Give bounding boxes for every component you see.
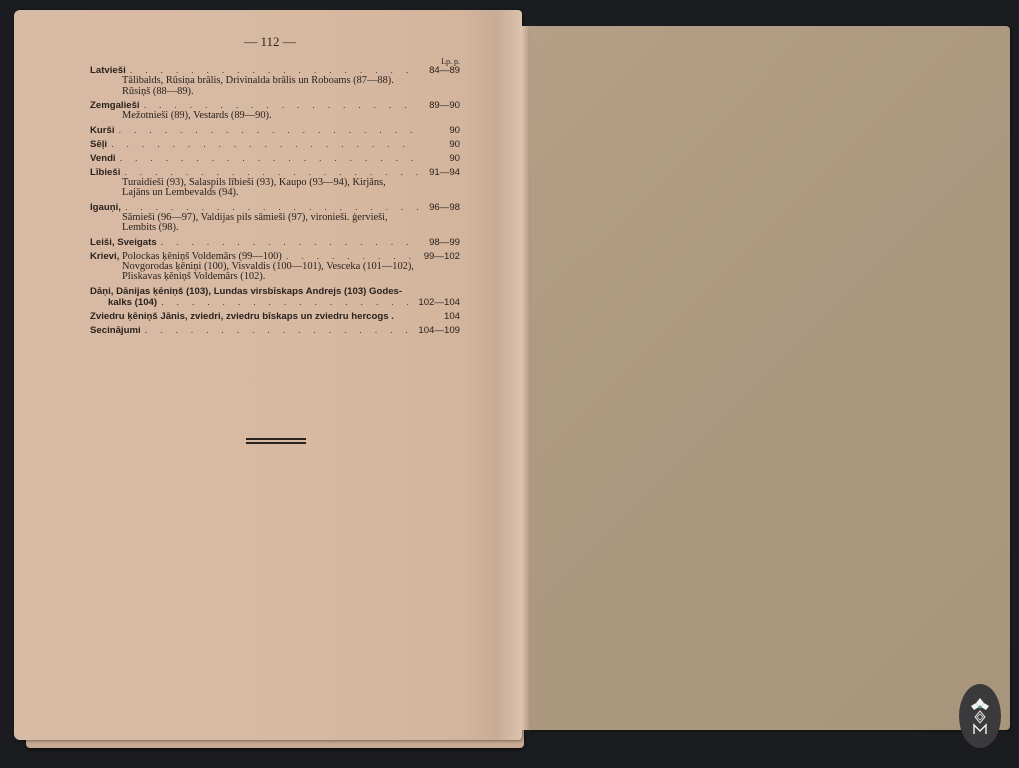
toc-entry: Lībieši91—94 Turaidieši (93), Salaspils …: [90, 167, 460, 199]
toc-pages: 104—109: [418, 325, 460, 336]
toc-pages: 90: [422, 125, 460, 136]
page-number: — 112 —: [0, 34, 540, 50]
toc-pages: 90: [422, 139, 460, 150]
watermark-badge: [959, 684, 1001, 748]
toc-pages: 102—104: [418, 297, 460, 308]
leader-dots: [111, 139, 418, 150]
toc-title: Leiši, Sveigats: [90, 237, 157, 248]
toc-title-cont: kalks (104): [108, 297, 157, 308]
toc-pages: 84—89: [422, 65, 460, 76]
toc-title: Dāņi, Dānijas ķēniņš (103), Lundas virsb…: [90, 286, 402, 297]
table-of-contents: Lp. p. Latvieši84—89 Tālibalds, Rūsiņa b…: [90, 58, 460, 339]
toc-title: Igauņi,: [90, 202, 121, 213]
leader-dots: [119, 125, 418, 136]
folk-ornament-logo-icon: [965, 692, 995, 740]
toc-title-rest: Polockas ķēniņš Voldemārs (99—100): [122, 251, 282, 262]
toc-pages: 99—102: [422, 251, 460, 262]
toc-entry: Zviedru ķēniņš Jānis, zviedri, zviedru b…: [90, 311, 460, 322]
toc-title: Lībieši: [90, 167, 120, 178]
toc-title: Zviedru ķēniņš Jānis, zviedri, zviedru b…: [90, 311, 394, 322]
toc-title: Secinājumi: [90, 325, 141, 336]
toc-entry: Dāņi, Dānijas ķēniņš (103), Lundas virsb…: [90, 286, 460, 308]
toc-desc: Mežotnieši (89), Vestards (89—90).: [90, 111, 460, 122]
toc-desc: Lembits (98).: [90, 223, 460, 234]
leader-dots: [125, 202, 418, 213]
leader-dots: [120, 153, 418, 164]
toc-desc: Tālibalds, Rūsiņa brālis, Drivinalda brā…: [90, 76, 460, 87]
toc-pages: 96—98: [422, 202, 460, 213]
toc-title: Kurši: [90, 125, 115, 136]
leader-dots: [161, 297, 414, 308]
toc-desc: Pliskavas ķēniņš Voldemārs (102).: [90, 272, 460, 283]
toc-entry: Latvieši84—89 Tālibalds, Rūsiņa brālis, …: [90, 65, 460, 97]
right-page-blank: [530, 26, 1010, 730]
toc-pages: 104: [422, 311, 460, 322]
toc-pages: 89—90: [422, 100, 460, 111]
toc-title: Vendi: [90, 153, 116, 164]
toc-pages: 98—99: [422, 237, 460, 248]
leader-dots: [161, 237, 418, 248]
toc-entry: Krievi, Polockas ķēniņš Voldemārs (99—10…: [90, 251, 460, 283]
toc-entry: Sēļi90: [90, 139, 460, 150]
toc-pages: 90: [422, 153, 460, 164]
double-rule-separator: [246, 438, 306, 444]
toc-title: Krievi,: [90, 251, 119, 262]
toc-desc: Rūsiņš (88—89).: [90, 87, 460, 98]
toc-entry: Secinājumi104—109: [90, 325, 460, 336]
leader-dots: [124, 167, 418, 178]
toc-desc: Lajāns un Lembevalds (94).: [90, 188, 460, 199]
toc-entry: Igauņi,96—98 Sāmieši (96—97), Valdijas p…: [90, 202, 460, 234]
toc-title: Latvieši: [90, 65, 126, 76]
toc-entry: Zemgalieši89—90 Mežotnieši (89), Vestard…: [90, 100, 460, 122]
leader-dots: [286, 251, 418, 262]
toc-entry: Kurši90: [90, 125, 460, 136]
toc-entry: Vendi90: [90, 153, 460, 164]
toc-title: Sēļi: [90, 139, 107, 150]
toc-pages: 91—94: [422, 167, 460, 178]
toc-entry: Leiši, Sveigats98—99: [90, 237, 460, 248]
leader-dots: [145, 325, 415, 336]
